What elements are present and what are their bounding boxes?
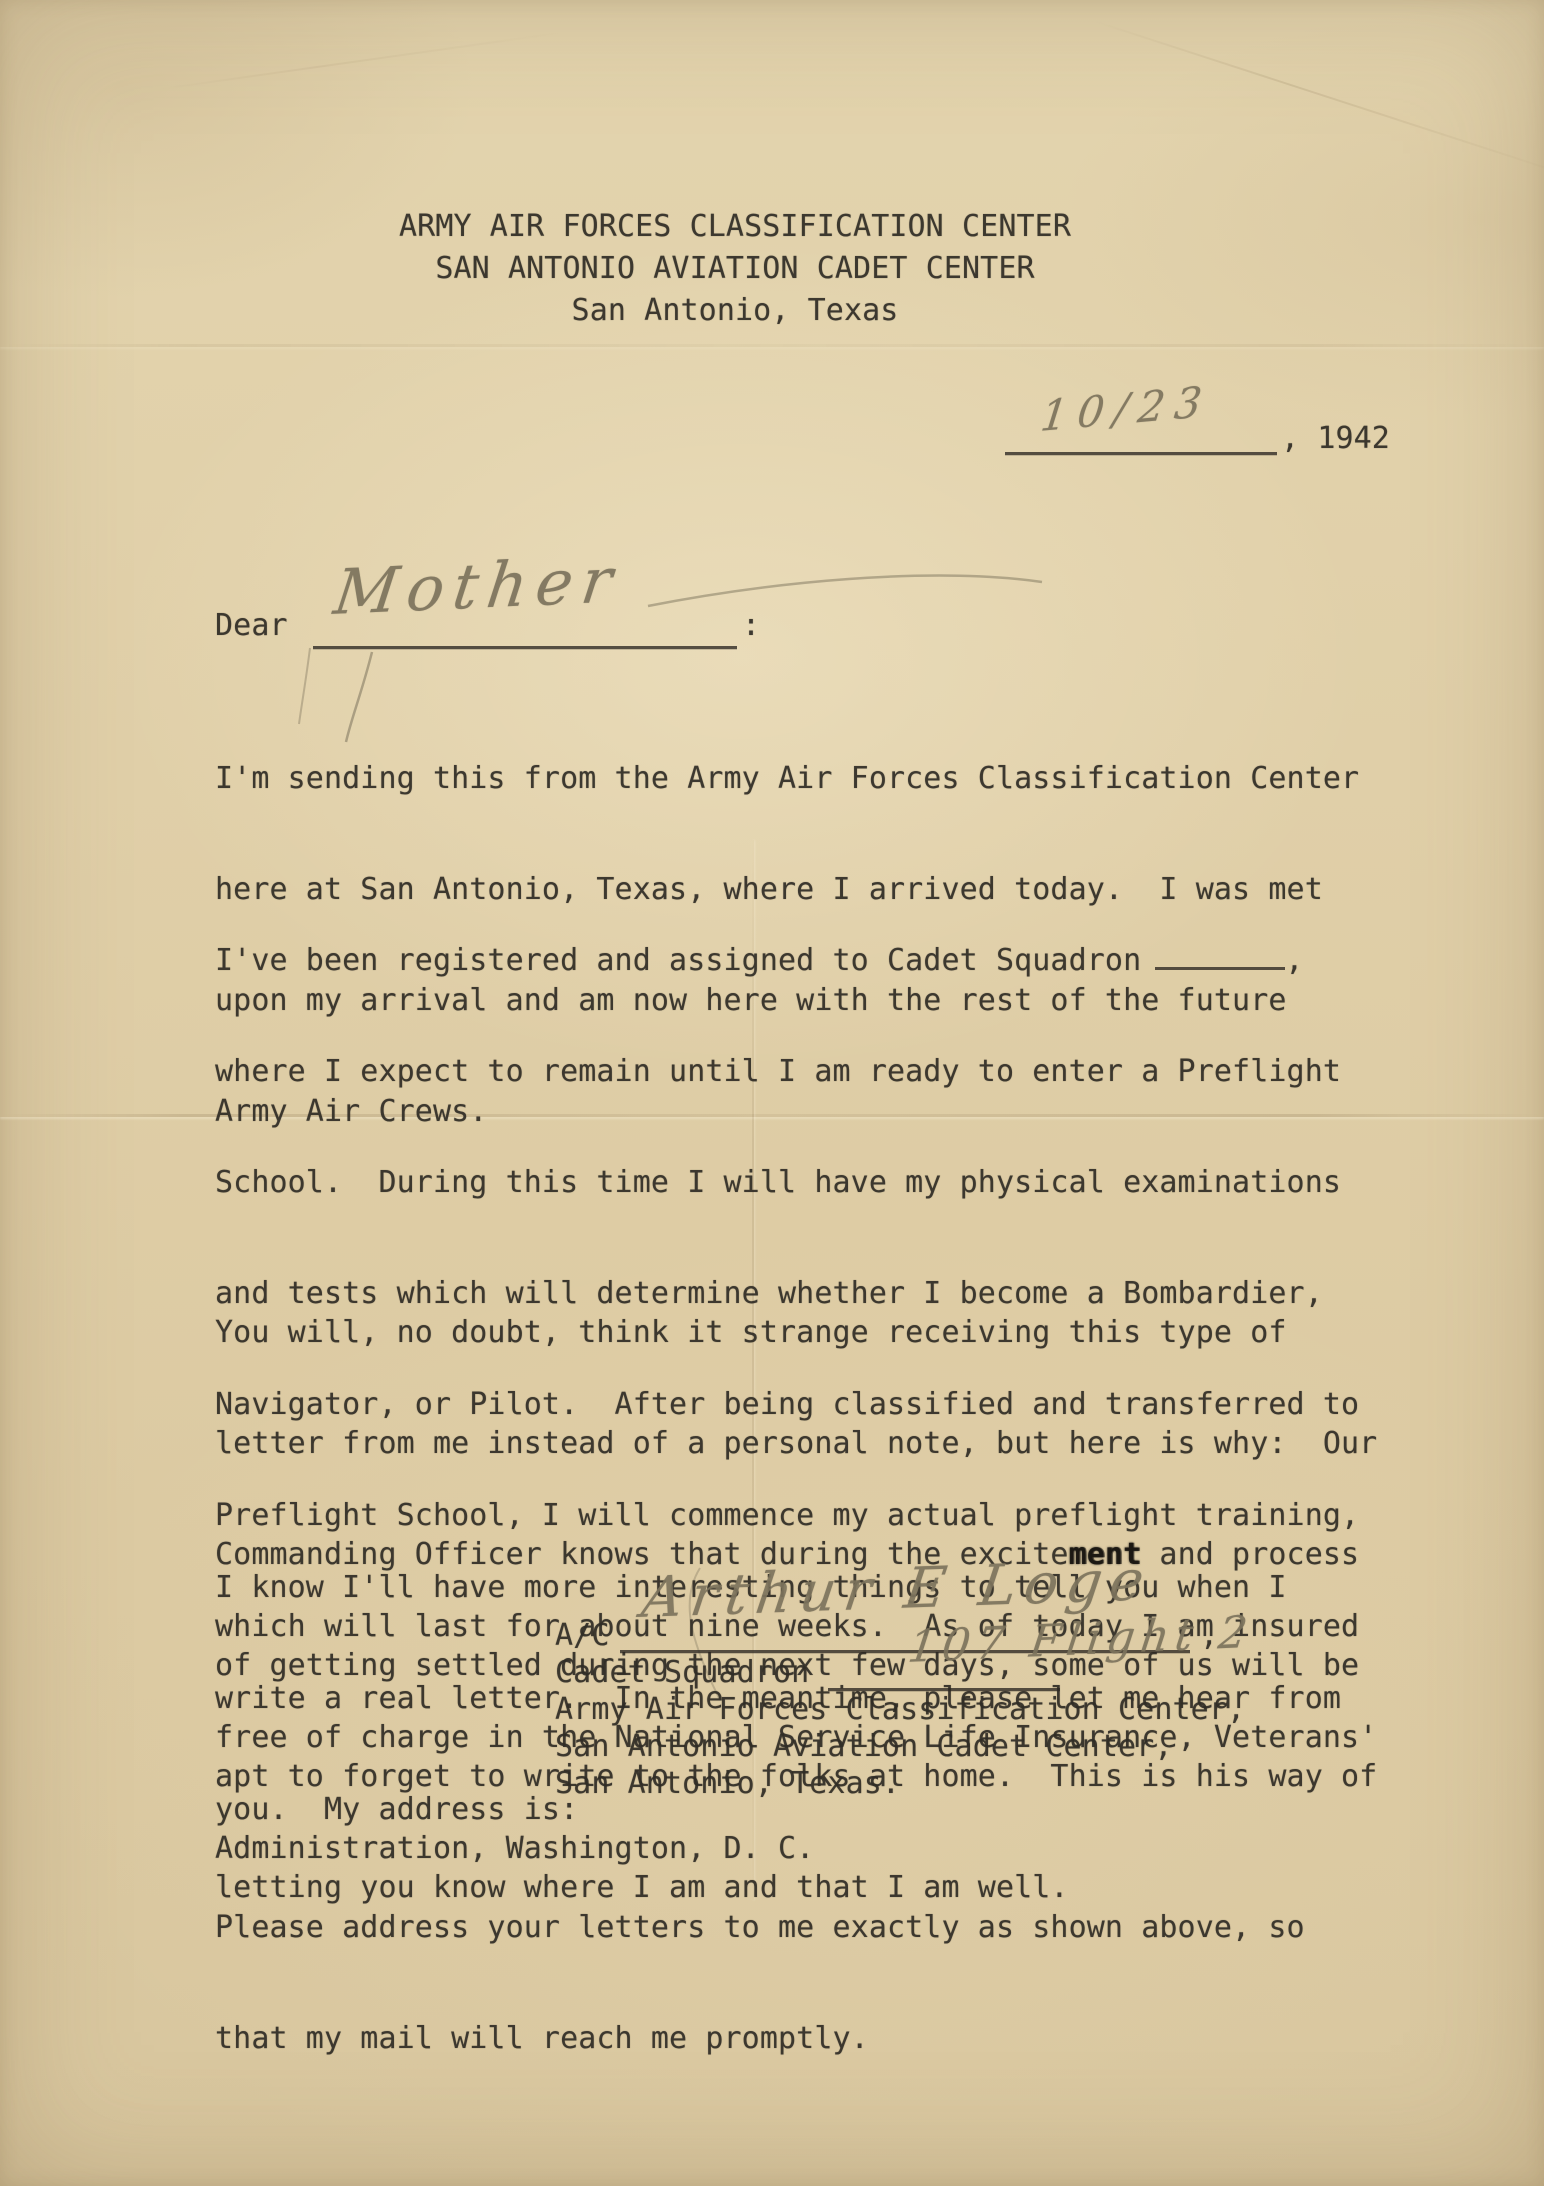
date-year: , 1942 <box>1281 420 1390 457</box>
salutation-dear-label: Dear <box>215 607 288 644</box>
letter-page: ARMY AIR FORCES CLASSIFICATION CENTER SA… <box>0 0 1544 2186</box>
para-line-text: I've been registered and assigned to Cad… <box>215 943 1141 978</box>
paper-crease-diagonal <box>1092 20 1544 183</box>
ac-label: A/C <box>555 1617 610 1654</box>
para-line: I'm sending this from the Army Air Force… <box>215 760 1359 797</box>
salutation-name-handwritten: Mother <box>330 543 625 629</box>
para-line: where I expect to remain until I am read… <box>215 1053 1377 1090</box>
paper-crease-horizontal-top <box>0 344 1544 347</box>
letterhead-line-1: ARMY AIR FORCES CLASSIFICATION CENTER <box>0 208 1470 245</box>
address-line: San Antonio Aviation Cadet Center, <box>555 1728 1173 1765</box>
paper-crease-diagonal-left <box>152 31 568 91</box>
closing-paragraph: Please address your letters to me exactl… <box>215 1835 1305 2131</box>
para-line: Please address your letters to me exactl… <box>215 1909 1305 1946</box>
squadron-number-blank-underline <box>1155 943 1285 970</box>
para-line: letter from me instead of a personal not… <box>215 1425 1377 1462</box>
squadron-label: Cadet Squadron <box>555 1654 809 1691</box>
letterhead-line-3: San Antonio, Texas <box>0 292 1470 329</box>
para-line-comma: , <box>1285 943 1303 978</box>
salutation-colon: : <box>742 607 760 644</box>
date-handwritten: 10/23 <box>1038 376 1215 441</box>
salutation-underline <box>313 646 737 649</box>
para-line: School. During this time I will have my … <box>215 1164 1377 1201</box>
date-underline <box>1005 452 1277 455</box>
address-line: Army Air Forces Classification Center, <box>555 1691 1245 1728</box>
para-line-with-blank: I've been registered and assigned to Cad… <box>215 942 1377 979</box>
para-line: You will, no doubt, think it strange rec… <box>215 1314 1377 1351</box>
address-line: San Antonio, Texas. <box>555 1765 900 1802</box>
para-line: that my mail will reach me promptly. <box>215 2020 1305 2057</box>
letterhead-line-2: SAN ANTONIO AVIATION CADET CENTER <box>0 250 1470 287</box>
